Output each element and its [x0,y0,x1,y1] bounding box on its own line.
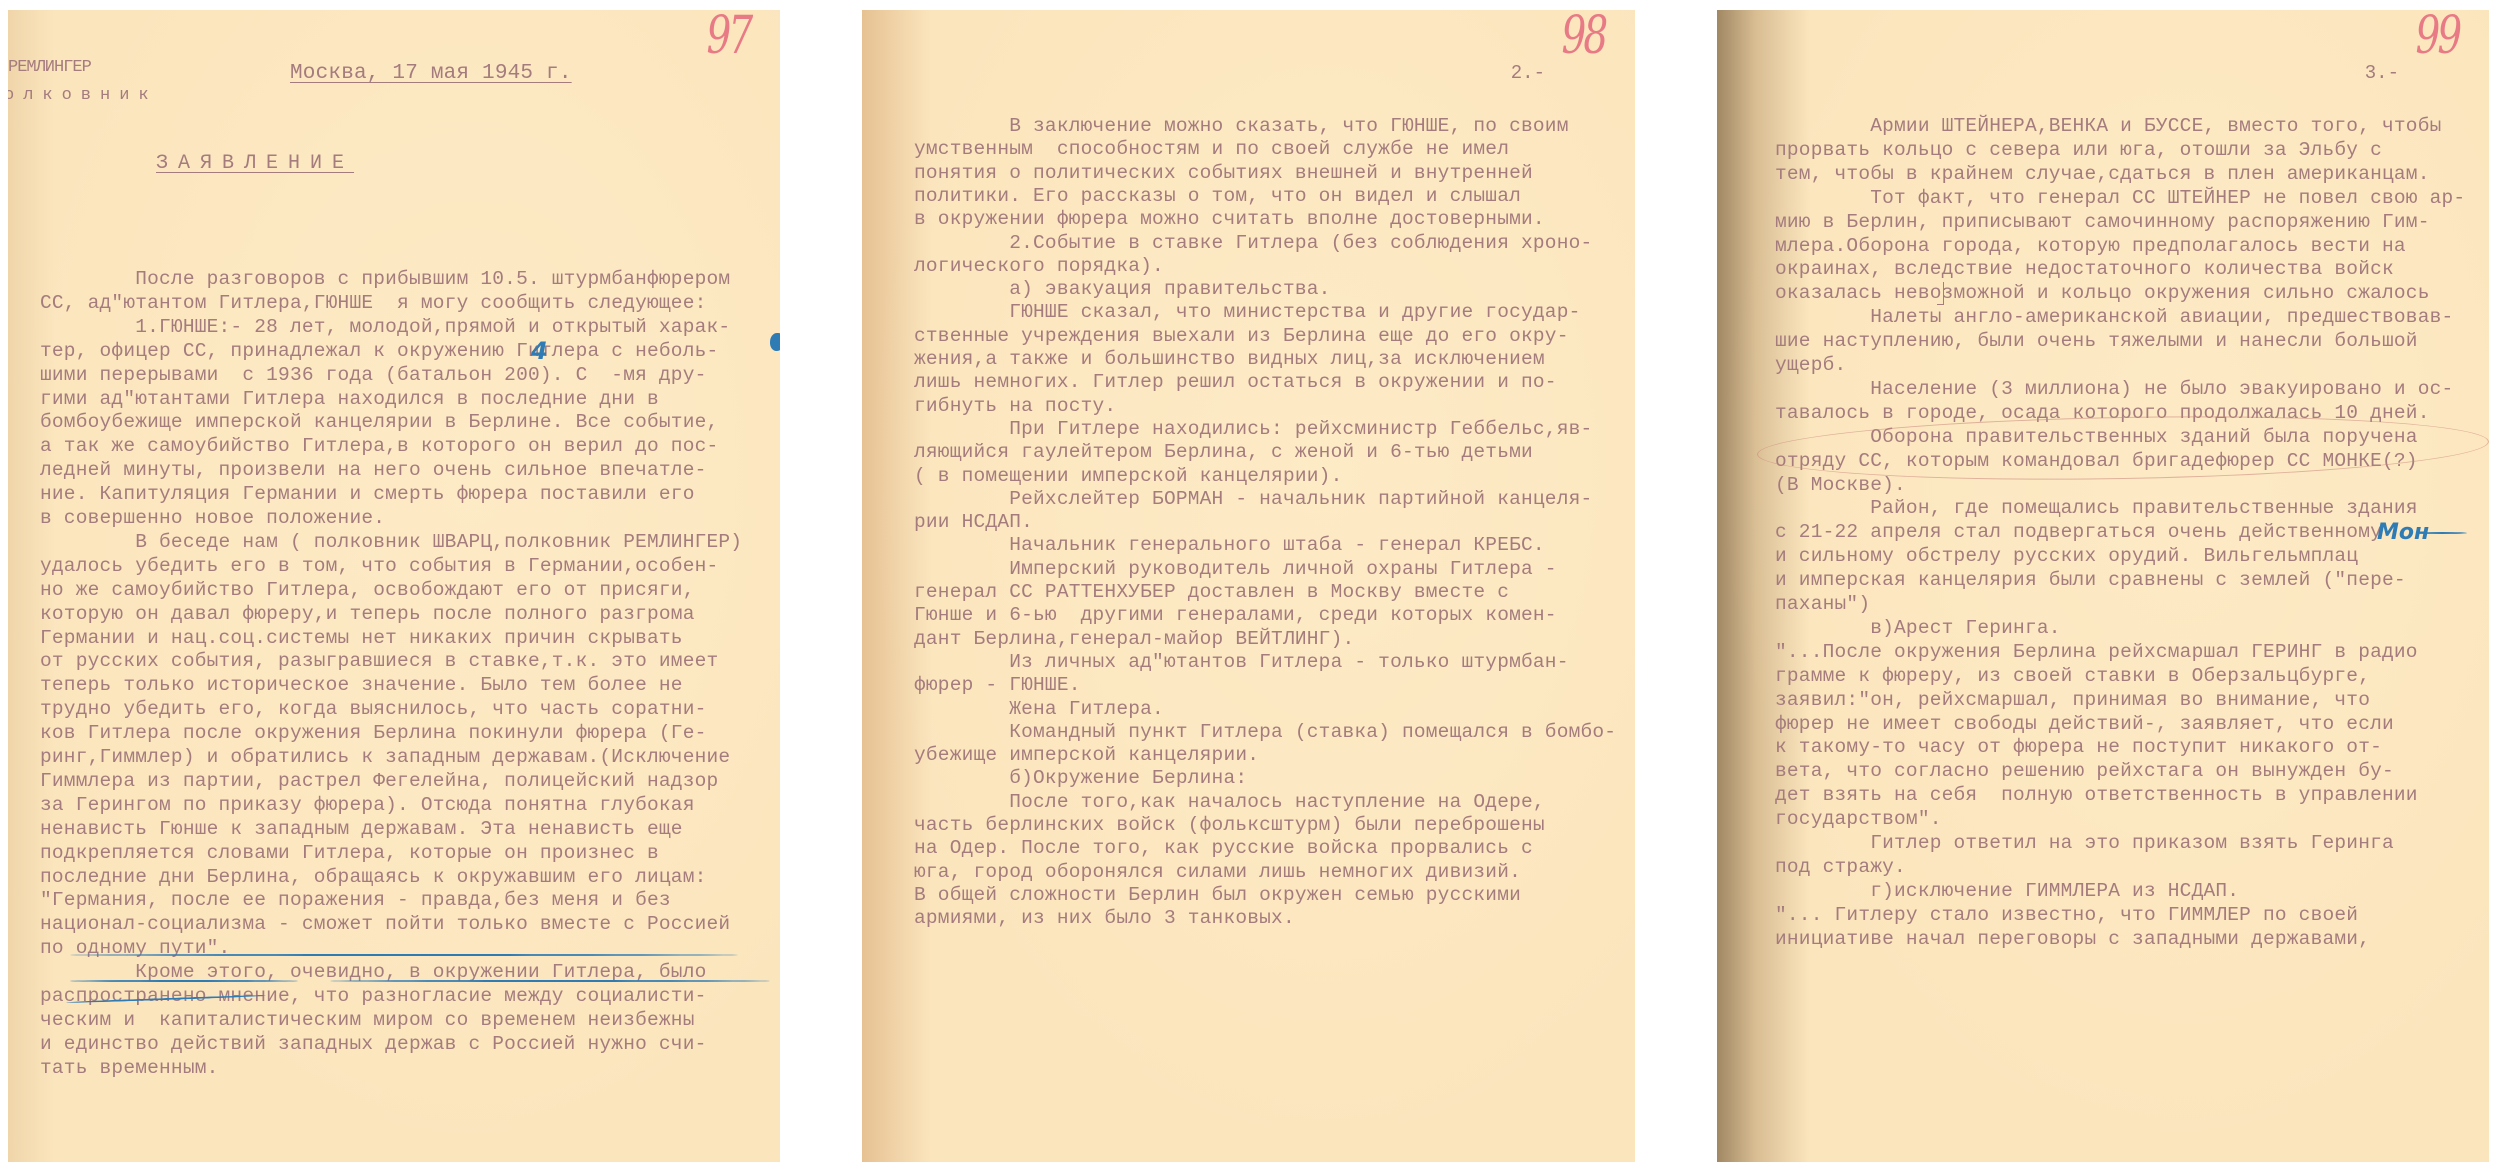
text-line: Гюнше и 6-ью другими генералами, среди к… [914,604,1557,626]
text-line: удалось убедить его в том, что события в… [40,555,718,577]
text-line: Гиммлера из партии, растрел Фегелейна, п… [40,770,718,792]
text-line: лишь немногих. Гитлер решил остаться в о… [914,371,1557,393]
text-line: 1.ГЮНШЕ:- 28 лет, молодой,прямой и откры… [40,316,730,338]
text-line: с 21-22 апреля стал подвергаться очень д… [1775,521,2382,543]
text-line: Из личных ад"ютантов Гитлера - только шт… [914,651,1569,673]
text-line: В заключение можно сказать, что ГЮНШЕ, п… [914,115,1569,137]
text-line: Население (3 миллиона) не было эвакуиров… [1775,378,2453,400]
text-line: заявил:"он, рейхсмаршал, принимая во вни… [1775,689,2370,711]
text-line: (В Москве). [1775,474,1906,496]
text-line: грамме к фюреру, из своей ставки в Оберз… [1775,665,2370,687]
text-line: жения,а также и большинство видных лиц,з… [914,348,1545,370]
text-line: по одному пути". [40,937,230,959]
text-line: Налеты англо-американской авиации, предш… [1775,306,2453,328]
text-line: ринг,Гиммлер) и обратились к западным де… [40,746,730,768]
handwritten-digit: 4 [531,337,548,365]
archive-folio-number: 99 [2415,10,2459,66]
text-line: ледней минуты, произвели на него очень с… [40,459,707,481]
place-date: Москва, 17 мая 1945 г. [290,62,572,85]
text-line: ляющийся гаулейтером Берлина, с женой и … [914,441,1533,463]
text-line: политики. Его рассказы о том, что он вид… [914,185,1521,207]
page-number: 3.- [2365,62,2399,84]
text-line: трудно убедить его, когда выяснилось, чт… [40,698,707,720]
text-line: под стражу. [1775,856,1906,878]
text-line: к такому-то часу от фюрера не поступит н… [1775,736,2382,758]
ink-strikethrough [2417,532,2467,534]
ink-blot [770,333,780,351]
text-line: инициативе начал переговоры с западными … [1775,928,2370,950]
text-line: ненависть Гюнше к западным державам. Эта… [40,818,683,840]
text-line: мию в Берлин, приписывают самочинному ра… [1775,211,2430,233]
text-line: "...После окружения Берлина рейхсмаршал … [1775,641,2418,663]
text-line: Армии ШТЕЙНЕРА,ВЕНКА и БУССЕ, вместо тог… [1775,115,2442,137]
text-line: фюрер не имеет свободы действий-, заявля… [1775,713,2394,735]
text-line: шими перерывами с 1936 года (батальон 20… [40,364,707,386]
text-line: генерал СС РАТТЕНХУБЕР доставлен в Москв… [914,581,1509,603]
ink-underline [70,954,738,956]
text-line: Рейхслейтер БОРМАН - начальник партийной… [914,488,1592,510]
text-line: убежище имперской канцелярии. [914,744,1259,766]
text-line: После разговоров с прибывшим 10.5. штурм… [40,268,730,290]
text-line: подкрепляется словами Гитлера, которые о… [40,842,659,864]
text-line: теперь только историческое значение. Был… [40,674,683,696]
text-line: рии НСДАП. [914,511,1033,533]
text-line: ущерб. [1775,354,1846,376]
text-line: Тот факт, что генерал СС ШТЕЙНЕР не пове… [1775,187,2465,209]
text-line: но же самоубийство Гитлера, освобождают … [40,579,695,601]
text-line: национал-социализма - сможет пойти тольк… [40,913,730,935]
text-line: гибнуть на посту. [914,395,1116,417]
text-line: Имперский руководитель личной охраны Гит… [914,558,1557,580]
text-line: армиями, из них было 3 танковых. [914,907,1295,929]
text-line: последние дни Берлина, обращаясь к окруж… [40,866,707,888]
author-name: РЕМЛИНГЕР [8,58,91,77]
text-line: СС, ад"ютантом Гитлера,ГЮНШЕ я могу сооб… [40,292,707,314]
text-line: часть берлинских войск (фольксштурм) был… [914,814,1545,836]
text-line: гими ад"ютантами Гитлера находился в пос… [40,388,659,410]
text-line: бомбоубежище имперской канцелярии в Берл… [40,411,718,433]
text-line: а так же самоубийство Гитлера,в которого… [40,435,718,457]
page-number: 2.- [1511,62,1545,84]
text-line: на Одер. После того, как русские войска … [914,837,1533,859]
text-line: от русских события, разыгравшиеся в став… [40,650,718,672]
text-line: Район, где помещались правительственные … [1775,497,2418,519]
text-line: дет взять на себя полную ответственность… [1775,784,2418,806]
text-line: юга, город оборонялся силами лишь немног… [914,861,1521,883]
document-page-3: 99 3.- Армии ШТЕЙНЕРА,ВЕНКА и БУССЕ, вме… [1717,10,2489,1162]
text-line: ственные учреждения выехали из Берлина е… [914,325,1569,347]
text-line: "Германия, после ее поражения - правда,б… [40,889,671,911]
text-line: тер, офицер СС, принадлежал к окружению … [40,340,718,362]
text-line: 2.Событие в ставке Гитлера (без соблюден… [914,232,1592,254]
document-page-2: 98 2.- В заключение можно сказать, что Г… [862,10,1635,1162]
text-line: а) эвакуация правительства. [914,278,1331,300]
text-line: Командный пункт Гитлера (ставка) помещал… [914,721,1616,743]
text-line: г)исключение ГИММЛЕРА из НСДАП. [1775,880,2239,902]
text-line: Гитлер ответил на это приказом взять Гер… [1775,832,2394,854]
text-line: ков Гитлера после окружения Берлина поки… [40,722,707,744]
text-line: фюрер - ГЮНШЕ. [914,674,1081,696]
text-line: и имперская канцелярия были сравнены с з… [1775,569,2406,591]
archive-folio-number: 97 [706,10,750,66]
text-line: понятия о политических событиях внешней … [914,162,1533,184]
text-line: прорвать кольцо с севера или юга, отошли… [1775,139,2382,161]
handwritten-bracket-mark [1937,282,1944,305]
author-rank: олковник [8,86,158,105]
text-line: оказалась невозможной и кольцо окружения… [1775,282,2430,304]
text-line: ГЮНШЕ сказал, что министерства и другие … [914,301,1581,323]
text-line: б)Окружение Берлина: [914,767,1247,789]
text-line: которую он давал фюреру,и теперь после п… [40,603,695,625]
document-title: ЗАЯВЛЕНИЕ [156,152,354,175]
text-line: Германии и нац.соц.системы нет никаких п… [40,627,683,649]
text-line: умственным способностям и по своей служб… [914,138,1509,160]
text-line: в)Арест Геринга. [1775,617,2061,639]
text-line: млера.Оборона города, которую предполага… [1775,235,2406,257]
text-line: тем, чтобы в крайнем случае,сдаться в пл… [1775,163,2430,185]
ink-underline [330,980,770,982]
document-page-1: 97 РЕМЛИНГЕР олковник Москва, 17 мая 194… [8,10,780,1162]
text-line: ческим и капиталистическим миром со врем… [40,1009,695,1031]
text-line: В беседе нам ( полковник ШВАРЦ,полковник… [40,531,742,553]
text-line: государством". [1775,808,1942,830]
text-line: в окружении фюрера можно считать вполне … [914,208,1545,230]
text-line: вета, что согласно решению рейхстага он … [1775,760,2394,782]
text-line: окраинах, вследствие недостаточного коли… [1775,258,2394,280]
text-line: распространено мнение, что разногласие м… [40,985,707,1007]
text-line: После того,как началось наступление на О… [914,791,1545,813]
text-line: ( в помещении имперской канцелярии). [914,465,1342,487]
text-line: паханы") [1775,593,1870,615]
text-line: тать временным. [40,1057,219,1079]
ink-underline [70,980,298,982]
text-line: ние. Капитуляция Германии и смерть фюрер… [40,483,695,505]
archive-folio-number: 98 [1561,10,1605,66]
text-line: В общей сложности Берлин был окружен сем… [914,884,1521,906]
text-line: дант Берлина,генерал-майор ВЕЙТЛИНГ). [914,628,1354,650]
text-line: шие наступлению, были очень тяжелыми и н… [1775,330,2418,352]
text-line: в совершенно новое положение. [40,507,385,529]
text-line: и сильному обстрелу русских орудий. Виль… [1775,545,2358,567]
text-line: и единство действий западных держав с Ро… [40,1033,707,1055]
text-line: логического порядка). [914,255,1164,277]
text-line: При Гитлере находились: рейхсминистр Геб… [914,418,1592,440]
text-line: Начальник генерального штаба - генерал К… [914,534,1545,556]
text-line: за Герингом по приказу фюрера). Отсюда п… [40,794,695,816]
text-line: "... Гитлеру стало известно, что ГИММЛЕР… [1775,904,2358,926]
text-line: Жена Гитлера. [914,698,1164,720]
